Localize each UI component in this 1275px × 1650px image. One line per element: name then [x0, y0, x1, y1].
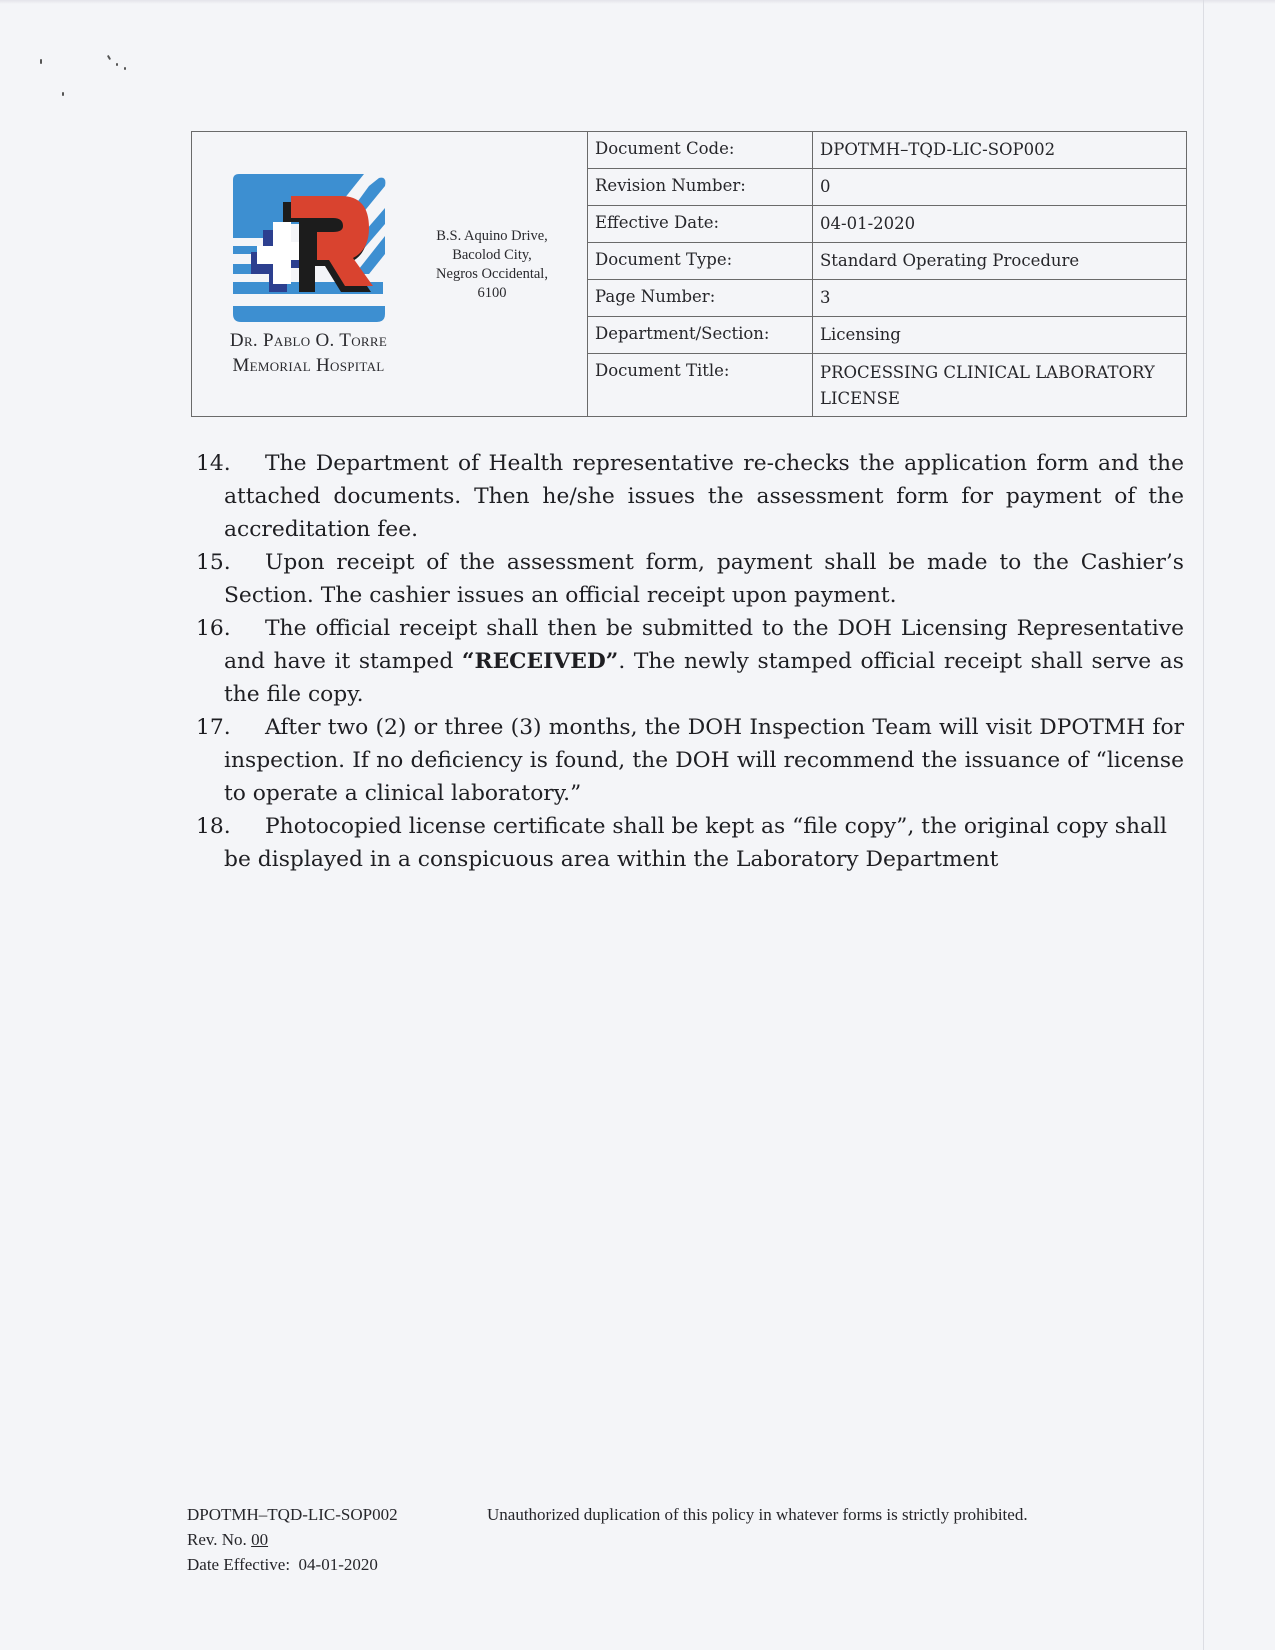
hospital-logo-icon [229, 172, 391, 326]
step-text: The Department of Health representative … [224, 447, 1184, 546]
hospital-name-line1: Dr. Pablo O. Torre [192, 328, 425, 353]
address-line: 6100 [417, 284, 567, 303]
footer-date-value: 04-01-2020 [299, 1555, 378, 1574]
info-row-document-type: Document Type: Standard Operating Proced… [588, 243, 1186, 280]
document-info-grid: Document Code: DPOTMH–TQD-LIC-SOP002 Rev… [588, 132, 1186, 416]
info-row-department: Department/Section: Licensing [588, 317, 1186, 354]
step-number: 16. [196, 612, 231, 645]
hospital-name-line2: Memorial Hospital [192, 353, 425, 378]
info-value: 0 [813, 169, 1186, 205]
info-value: PROCESSING CLINICAL LABORATORY LICENSE [813, 354, 1186, 416]
step-item: 17. After two (2) or three (3) months, t… [196, 711, 1184, 810]
info-label: Department/Section: [588, 317, 813, 353]
hospital-address: B.S. Aquino Drive, Bacolod City, Negros … [417, 227, 567, 303]
hospital-name: Dr. Pablo O. Torre Memorial Hospital [192, 328, 425, 378]
info-row-document-title: Document Title: PROCESSING CLINICAL LABO… [588, 354, 1186, 416]
step-item: 15. Upon receipt of the assessment form,… [196, 546, 1184, 612]
received-stamp-text: “RECEIVED” [462, 649, 618, 674]
step-item: 16. The official receipt shall then be s… [196, 612, 1184, 711]
step-number: 14. [196, 447, 231, 480]
page-top-edge [0, 0, 1275, 4]
step-item: 18. Photocopied license certificate shal… [196, 810, 1184, 876]
step-text: The official receipt shall then be submi… [224, 612, 1184, 711]
info-label: Document Title: [588, 354, 813, 416]
document-header-table: Dr. Pablo O. Torre Memorial Hospital B.S… [191, 131, 1187, 417]
footer-rev-label: Rev. No. [187, 1530, 251, 1549]
info-label: Document Type: [588, 243, 813, 279]
info-value: 3 [813, 280, 1186, 316]
info-value: Standard Operating Procedure [813, 243, 1186, 279]
footer-document-info: DPOTMH–TQD-LIC-SOP002 Rev. No. 00 Date E… [187, 1502, 467, 1577]
step-text: After two (2) or three (3) months, the D… [224, 711, 1184, 810]
step-number: 15. [196, 546, 231, 579]
info-value: DPOTMH–TQD-LIC-SOP002 [813, 132, 1186, 168]
info-row-document-code: Document Code: DPOTMH–TQD-LIC-SOP002 [588, 132, 1186, 169]
info-value: 04-01-2020 [813, 206, 1186, 242]
footer-notice: Unauthorized duplication of this policy … [487, 1502, 1157, 1527]
address-line: Negros Occidental, [417, 265, 567, 284]
address-line: B.S. Aquino Drive, [417, 227, 567, 246]
address-line: Bacolod City, [417, 246, 567, 265]
step-text: Upon receipt of the assessment form, pay… [224, 546, 1184, 612]
step-number: 18. [196, 810, 231, 843]
info-label: Document Code: [588, 132, 813, 168]
info-label: Effective Date: [588, 206, 813, 242]
scan-specks [38, 55, 138, 105]
footer-revision: Rev. No. 00 [187, 1527, 467, 1552]
procedure-steps: 14. The Department of Health representat… [196, 447, 1184, 876]
footer-doc-code: DPOTMH–TQD-LIC-SOP002 [187, 1502, 467, 1527]
info-label: Revision Number: [588, 169, 813, 205]
page-right-edge [1203, 0, 1204, 1650]
info-label: Page Number: [588, 280, 813, 316]
logo-cell: Dr. Pablo O. Torre Memorial Hospital B.S… [192, 132, 588, 416]
step-number: 17. [196, 711, 231, 744]
footer-date-label: Date Effective: [187, 1555, 299, 1574]
info-row-page-number: Page Number: 3 [588, 280, 1186, 317]
info-row-revision-number: Revision Number: 0 [588, 169, 1186, 206]
footer-date: Date Effective: 04-01-2020 [187, 1552, 467, 1577]
step-item: 14. The Department of Health representat… [196, 447, 1184, 546]
info-value: Licensing [813, 317, 1186, 353]
footer-rev-value: 00 [251, 1530, 268, 1549]
info-row-effective-date: Effective Date: 04-01-2020 [588, 206, 1186, 243]
step-text: Photocopied license certificate shall be… [224, 810, 1184, 876]
